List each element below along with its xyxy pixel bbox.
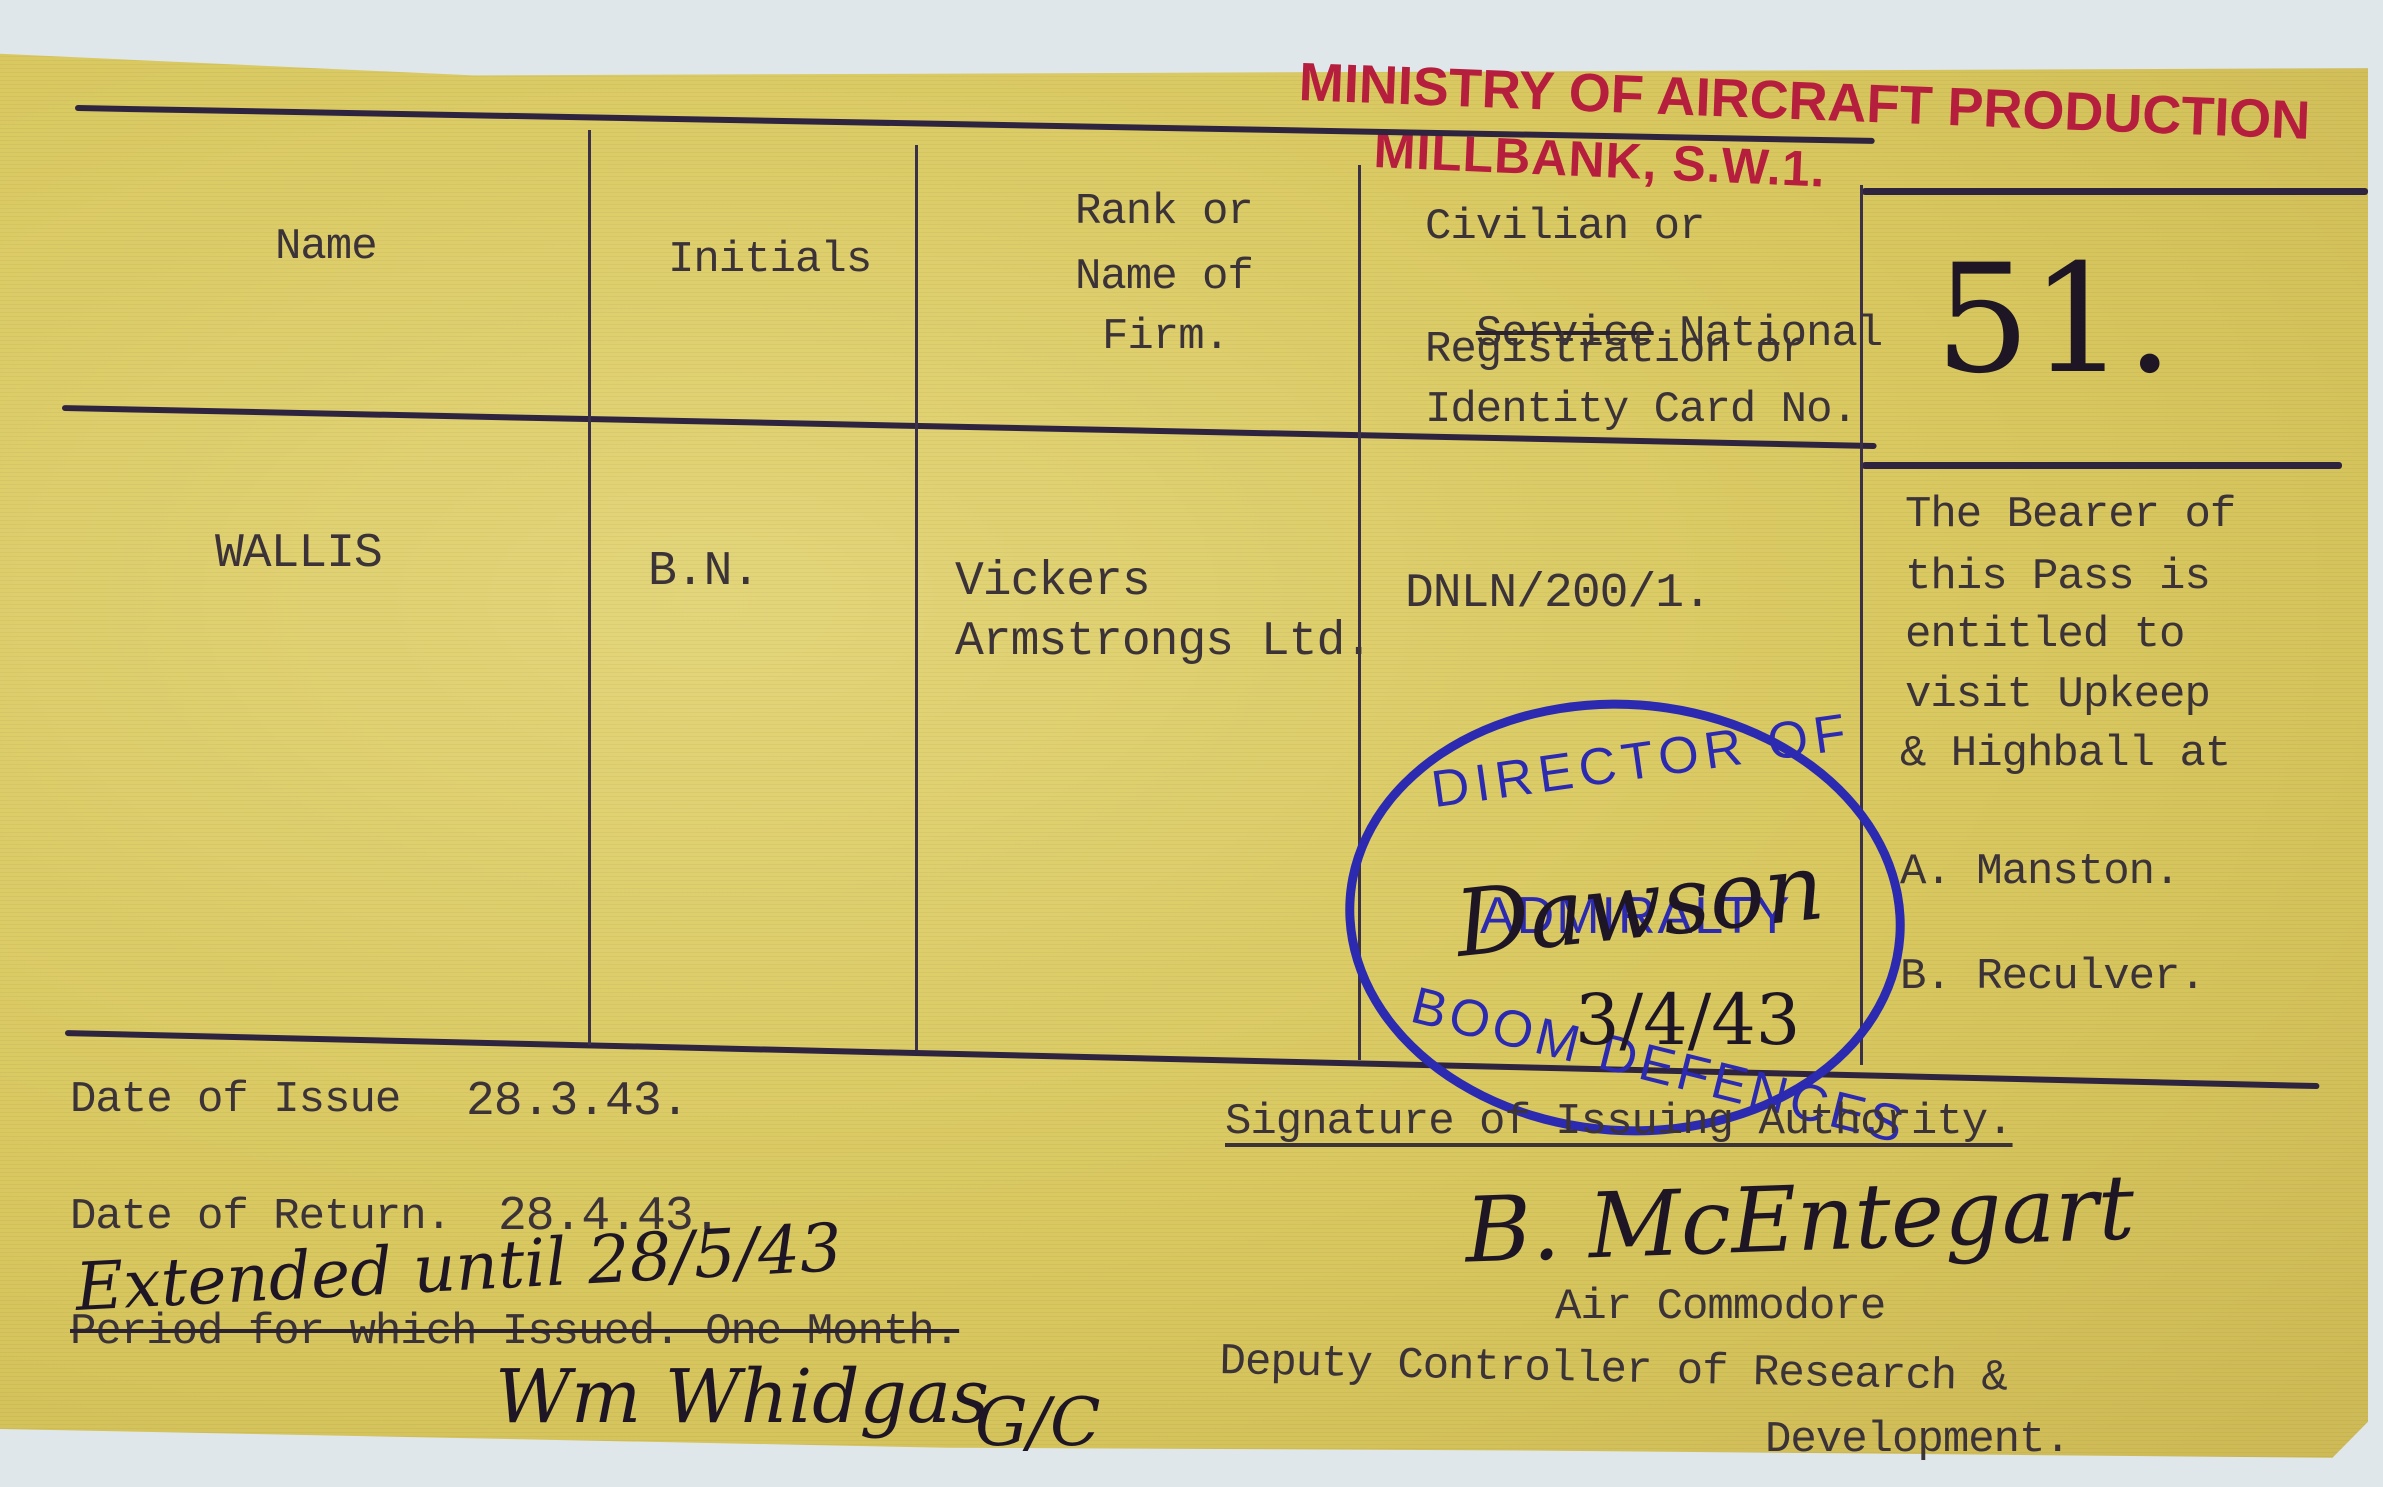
header-rank-firm-2: Name of — [1075, 255, 1253, 299]
entitlement-line-2: this Pass is — [1905, 555, 2210, 599]
column-divider-2 — [915, 145, 918, 1050]
header-civilian-4: Identity Card No. — [1425, 388, 1857, 432]
stamp-date: 3/4/43 — [1575, 985, 1800, 1055]
pass-number: 51. — [1935, 245, 2174, 395]
header-name: Name — [275, 225, 377, 269]
header-rank-firm-3: Firm. — [1102, 315, 1229, 359]
header-initials: Initials — [668, 238, 871, 282]
period-struck: Period for which Issued. One Month. — [70, 1310, 959, 1354]
cell-firm-1: Vickers — [955, 558, 1150, 606]
extension-signature: Wm Whidgas — [495, 1360, 989, 1434]
header-civilian-3: Registration or — [1425, 328, 1806, 372]
top-rule-right — [1862, 188, 2368, 195]
entitlement-line-4: visit Upkeep — [1905, 673, 2210, 717]
header-civilian-1: Civilian or — [1425, 205, 1704, 249]
cell-initials: B.N. — [648, 548, 759, 596]
authority-signature: B. McEntegart — [1464, 1163, 2136, 1276]
entitlement-line-5: & Highball at — [1900, 732, 2230, 776]
right-column-rule — [1862, 462, 2342, 469]
location-reculver: B. Reculver. — [1900, 955, 2205, 999]
entitlement-line-3: entitled to — [1905, 613, 2184, 657]
location-manston: A. Manston. — [1900, 850, 2179, 894]
authority-title: Air Commodore — [1555, 1285, 1885, 1329]
date-of-issue-value: 28.3.43. — [466, 1078, 688, 1126]
signature-label: Signature of Issuing Authority. — [1225, 1100, 2013, 1144]
column-divider-1 — [588, 130, 591, 1045]
cell-firm-2: Armstrongs Ltd. — [955, 618, 1372, 666]
authority-position-2: Development. — [1765, 1418, 2070, 1462]
cell-id-number: DNLN/200/1. — [1405, 570, 1711, 618]
header-rank-firm-1: Rank or — [1075, 190, 1253, 234]
cell-name: WALLIS — [215, 530, 382, 578]
entitlement-line-1: The Bearer of — [1905, 493, 2235, 537]
extension-signature-suffix: G/C — [975, 1390, 1100, 1456]
date-of-issue-label: Date of Issue — [70, 1078, 400, 1122]
